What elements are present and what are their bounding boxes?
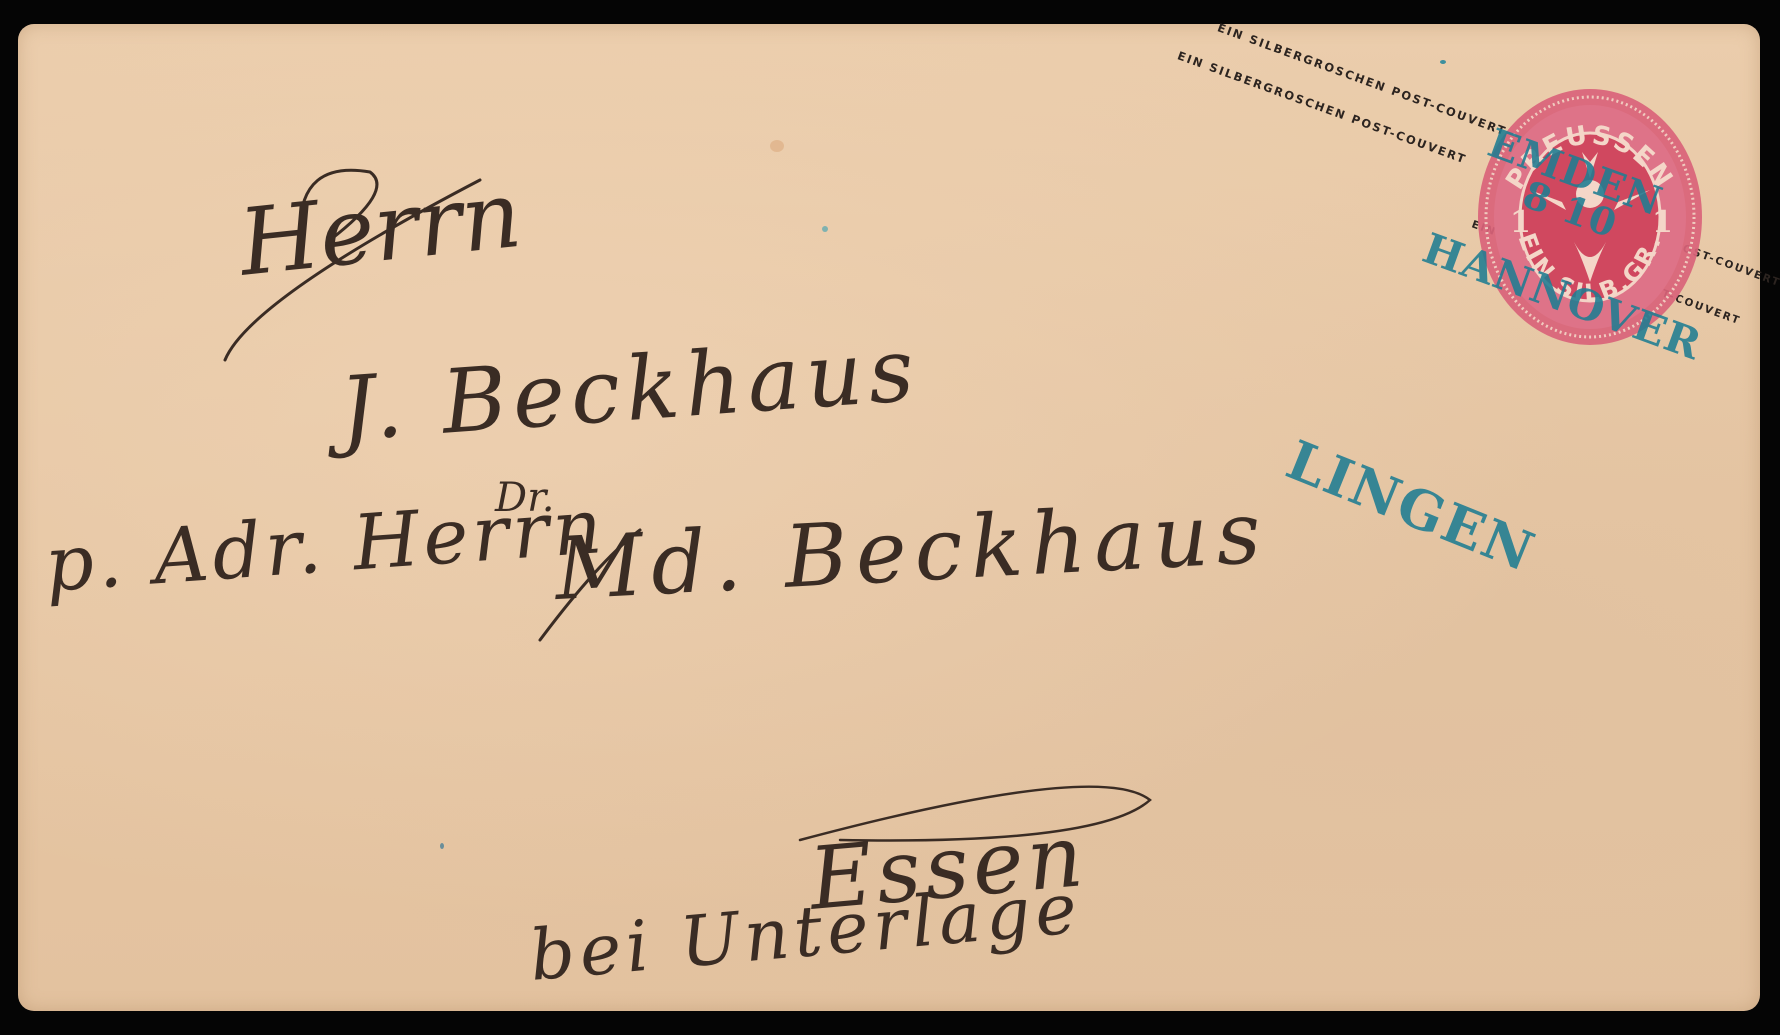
paper-stain (770, 140, 784, 152)
ink-speck (1440, 60, 1446, 64)
pen-flourishes (0, 0, 1780, 1035)
ink-speck (822, 226, 828, 232)
ink-speck (440, 843, 444, 849)
